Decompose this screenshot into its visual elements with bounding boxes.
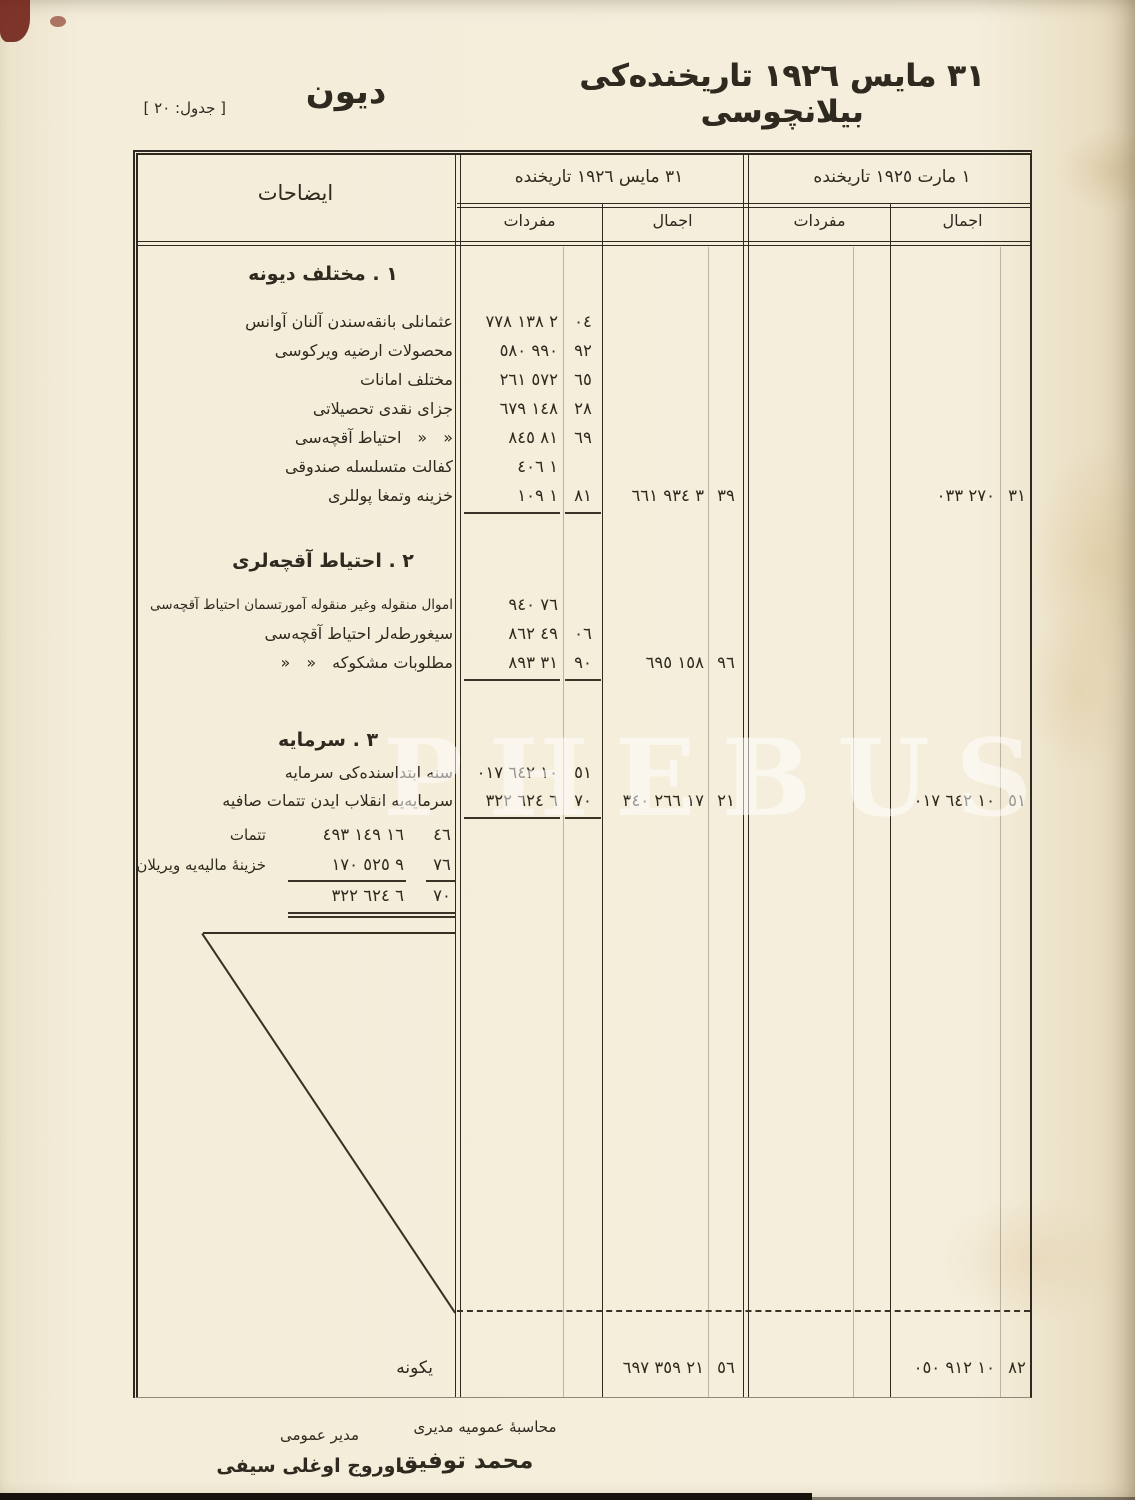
table-row: مطلوبات مشكوكه « « ٣١ ٨٩٣ ٩٠ ١٥٨ ٦٩٥ ٩٦: [138, 650, 1037, 676]
subheader-total-1925: اجمال: [890, 211, 1035, 230]
row-label: محصولات ارضيه ويركوسى: [275, 338, 453, 364]
row-label: جزاى نقدى تحصيلاتى: [313, 396, 453, 422]
breakdown-amount: ١٦ ١٤٩ ٤٩٣: [288, 822, 404, 848]
row-decimals-details-1926: ٢٨: [566, 396, 600, 422]
grand-total-amount-1925: ١٠ ٩١٢ ٠٥٠: [895, 1355, 995, 1381]
breakdown-result-row: ٦ ٦٢٤ ٣٢٢ ٧٠: [138, 883, 1037, 909]
page-title: ديون: [296, 72, 396, 112]
column-header-period-1925: ١ مارت ١٩٢٥ تاريخنده: [749, 167, 1035, 187]
sum-underline-decimals: [565, 679, 601, 681]
breakdown-underline: [288, 880, 406, 882]
table-row: عثمانلى بانقه‌سندن آلنان آوانس ٢ ١٣٨ ٧٧٨…: [138, 309, 1037, 335]
row-amount-details-1926: ٥٧٢ ٢٦١: [460, 367, 558, 393]
row-decimals-details-1926: ٠٦: [566, 621, 600, 647]
table-row: سيغورطه‌لر احتياط آقچه‌سى ٤٩ ٨٦٢ ٠٦: [138, 621, 1037, 647]
section-total-decimals-1926: ٢١: [710, 788, 742, 814]
subheader-total-1926: اجمال: [602, 211, 743, 230]
section-total-decimals-1926: ٩٦: [710, 650, 742, 676]
section-total-decimals-1926: ٣٩: [710, 483, 742, 509]
row-decimals-details-1926: ٦٩: [566, 425, 600, 451]
breakdown-decimals: ٤٦: [428, 822, 456, 848]
row-decimals-details-1926: ٥١: [566, 760, 600, 786]
red-corner-mark: [0, 0, 30, 42]
row-label-with-ditto: مطلوبات مشكوكه « «: [281, 650, 453, 676]
subheader-details-1926: مفردات: [457, 211, 602, 230]
row-label: خزينه وتمغا پوللرى: [328, 483, 453, 509]
column-header-period-1926: ٣١ مايس ١٩٢٦ تاريخنده: [457, 167, 741, 187]
table-row: كفالت متسلسله صندوقى ١ ٤٠٦: [138, 454, 1037, 480]
sum-underline-decimals: [565, 817, 601, 819]
section-total-decimals-1925: ٣١: [1002, 483, 1032, 509]
row-amount-details-1926: ١ ٤٠٦: [460, 454, 558, 480]
footer-dashed-rule: [457, 1310, 1030, 1312]
signature-title-chief-accountant: محاسبهٔ عموميه مديرى: [395, 1418, 575, 1436]
sum-underline: [464, 512, 560, 514]
grand-total-label: يكونه: [396, 1355, 433, 1381]
row-decimals-details-1926: ٨١: [566, 483, 600, 509]
row-amount-details-1926: ١٤٨ ٦٧٩: [460, 396, 558, 422]
section-total-amount-1926: ١٧ ٢٦٦ ٣٤٠: [606, 788, 704, 814]
section-total-amount-1926: ٣ ٩٣٤ ٦٦١: [606, 483, 704, 509]
table-row: اموال منقوله وغير منقوله آمورتسمان احتيا…: [138, 592, 1037, 618]
closing-horizontal-line: [203, 932, 456, 934]
table-row: « « احتياط آقچه‌سى ٨١ ٨٤٥ ٦٩: [138, 425, 1037, 451]
table-row: خزينه وتمغا پوللرى ١ ١٠٩ ٨١ ٣ ٩٣٤ ٦٦١ ٣٩…: [138, 483, 1037, 509]
section-2-heading: ٢ . احتياط آقچه‌لرى: [218, 550, 428, 572]
row-label: سرمايه‌يه انقلاب ايدن تتمات صافيه: [222, 788, 453, 814]
row-decimals-details-1926: ٩٢: [566, 338, 600, 364]
signature-title-general-director: مدير عمومى: [262, 1426, 377, 1444]
row-amount-details-1926: ٣١ ٨٩٣: [460, 650, 558, 676]
breakdown-double-rule-2: [288, 916, 456, 918]
row-amount-details-1926: ٨١ ٨٤٥: [460, 425, 558, 451]
section-3-heading: ٣ . سرمايه: [248, 729, 408, 751]
row-amount-details-1926: ٧٦ ٩٤٠: [460, 592, 558, 618]
row-amount-details-1926: ٦ ٦٢٤ ٣٢٢: [460, 788, 558, 814]
header-bottom-line: [138, 241, 1030, 246]
table-row: سرمايه‌يه انقلاب ايدن تتمات صافيه ٦ ٦٢٤ …: [138, 788, 1037, 814]
row-amount-details-1926: ١ ١٠٩: [460, 483, 558, 509]
row-amount-details-1926: ١٠ ٦٤٢ ٠١٧: [460, 760, 558, 786]
scan-edge-strip: [0, 1493, 812, 1500]
document-title: ٣١ مايس ١٩٢٦ تاريخنده‌كى بيلانچوسى: [552, 58, 1012, 130]
section-total-amount-1925: ١٠ ٦٤٢ ٠١٧: [895, 788, 995, 814]
row-label: كفالت متسلسله صندوقى: [285, 454, 453, 480]
breakdown-label: تتمات: [230, 822, 266, 848]
closing-diagonal-line: [201, 933, 456, 1313]
breakdown-double-rule-1: [288, 912, 456, 914]
breakdown-row: تتمات ١٦ ١٤٩ ٤٩٣ ٤٦: [138, 822, 1037, 848]
breakdown-amount: ٩ ٥٢٥ ١٧٠: [288, 852, 404, 878]
row-label: مختلف امانات: [360, 367, 453, 393]
breakdown-row: خزينهٔ ماليه‌يه ويريلان ٩ ٥٢٥ ١٧٠ ٧٦: [138, 852, 1037, 878]
signature-name-chief-accountant: محمد توفيق: [388, 1448, 543, 1474]
subheader-details-1925: مفردات: [749, 211, 890, 230]
table-number-label: [ جدول: ٢٠ ]: [126, 99, 226, 117]
breakdown-underline-decimals: [426, 880, 456, 882]
table-row: جزاى نقدى تحصيلاتى ١٤٨ ٦٧٩ ٢٨: [138, 396, 1037, 422]
section-total-decimals-1925: ٥١: [1002, 788, 1032, 814]
signature-name-general-director: اوروج اوغلى سيفى: [232, 1455, 402, 1477]
section-total-amount-1925: ٢٧٠ ٠٣٣: [895, 483, 995, 509]
sum-underline-decimals: [565, 512, 601, 514]
row-label: اموال منقوله وغير منقوله آمورتسمان احتيا…: [150, 592, 453, 618]
row-decimals-details-1926: ٠٤: [566, 309, 600, 335]
grand-total-decimals-1925: ٨٢: [1002, 1355, 1032, 1381]
balance-sheet-table: ايضاحات ٣١ مايس ١٩٢٦ تاريخنده ١ مارت ١٩٢…: [133, 150, 1032, 1398]
row-label: عثمانلى بانقه‌سندن آلنان آوانس: [245, 309, 453, 335]
grand-total-row: يكونه ٢١ ٣٥٩ ٦٩٧ ٥٦ ١٠ ٩١٢ ٠٥٠ ٨٢: [138, 1355, 1037, 1381]
breakdown-result-amount: ٦ ٦٢٤ ٣٢٢: [288, 883, 404, 909]
grand-total-decimals-1926: ٥٦: [710, 1355, 742, 1381]
row-amount-details-1926: ٤٩ ٨٦٢: [460, 621, 558, 647]
breakdown-result-decimals: ٧٠: [428, 883, 456, 909]
scanned-document-page: [ جدول: ٢٠ ] ديون ٣١ مايس ١٩٢٦ تاريخنده‌…: [0, 0, 1135, 1500]
row-decimals-details-1926: ٩٠: [566, 650, 600, 676]
table-row: سنه ابتداسنده‌كى سرمايه ١٠ ٦٤٢ ٠١٧ ٥١: [138, 760, 1037, 786]
sum-underline: [464, 679, 560, 681]
row-decimals-details-1926: ٦٥: [566, 367, 600, 393]
row-decimals-details-1926: ٧٠: [566, 788, 600, 814]
table-row: مختلف امانات ٥٧٢ ٢٦١ ٦٥: [138, 367, 1037, 393]
section-1-heading: ١ . مختلف ديونه: [218, 263, 428, 285]
sum-underline: [464, 817, 560, 819]
row-amount-details-1926: ٢ ١٣٨ ٧٧٨: [460, 309, 558, 335]
row-label-with-ditto: « « احتياط آقچه‌سى: [295, 425, 453, 451]
breakdown-label: خزينهٔ ماليه‌يه ويريلان: [136, 852, 266, 878]
section-total-amount-1926: ١٥٨ ٦٩٥: [606, 650, 704, 676]
column-header-explanations: ايضاحات: [138, 181, 453, 205]
row-label: سنه ابتداسنده‌كى سرمايه: [285, 760, 453, 786]
row-label: سيغورطه‌لر احتياط آقچه‌سى: [264, 621, 453, 647]
row-amount-details-1926: ٩٩٠ ٥٨٠: [460, 338, 558, 364]
table-row: محصولات ارضيه ويركوسى ٩٩٠ ٥٨٠ ٩٢: [138, 338, 1037, 364]
grand-total-amount-1926: ٢١ ٣٥٩ ٦٩٧: [606, 1355, 704, 1381]
breakdown-decimals: ٧٦: [428, 852, 456, 878]
red-speck: [50, 16, 66, 27]
